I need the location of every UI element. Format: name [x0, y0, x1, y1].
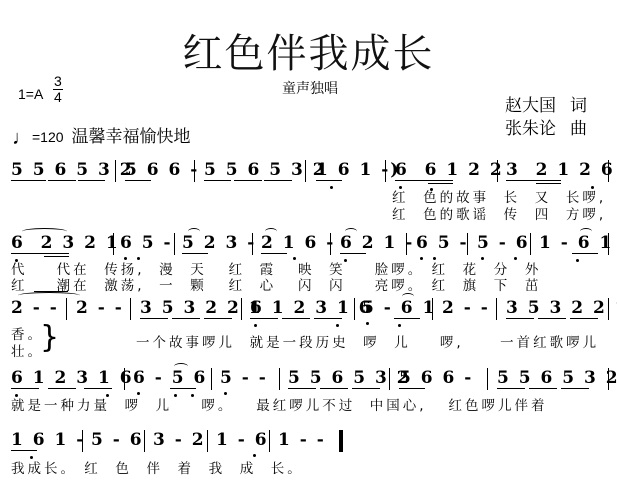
barline: [252, 233, 253, 255]
verse-brace: }: [40, 320, 59, 355]
beam-line: [340, 253, 366, 254]
low-octave-dot: [254, 324, 257, 327]
lyric-line: 红 色的歌谣 传 四 方啰,: [392, 203, 606, 223]
barline: [115, 160, 116, 182]
beam-line: [572, 253, 598, 254]
beam-line: [140, 318, 168, 319]
beam-line: [170, 388, 196, 389]
measure: 6 5 -: [416, 233, 469, 253]
barline: [496, 298, 497, 320]
beam-line: [204, 180, 231, 181]
barline: [207, 430, 208, 452]
barline: [66, 298, 67, 320]
measure: 6 2 1 -: [340, 233, 414, 253]
measure: 3 5 3 2 2 1: [140, 298, 263, 318]
barline: [279, 368, 280, 390]
barline: [124, 368, 125, 390]
beam-line: [48, 180, 76, 181]
beam-line: [264, 180, 292, 181]
measure: 5 - 6 1: [362, 298, 436, 318]
barline: [194, 160, 195, 182]
final-barline: [339, 430, 343, 452]
barline: [406, 233, 407, 255]
measure: 6 6 1 2 2: [395, 160, 504, 180]
time-numerator: 3: [53, 74, 63, 90]
beam-line: [125, 180, 151, 181]
beam-line: [11, 450, 37, 451]
barline: [432, 298, 433, 320]
barline: [305, 160, 306, 182]
measure: 5 5 6 5 3 2: [497, 368, 617, 388]
barline: [241, 298, 242, 320]
barline: [174, 233, 175, 255]
measure: 5 - -: [220, 368, 268, 388]
barline: [354, 298, 355, 320]
staff-row-5: 1 6 1 - 5 - 6 3 - 2 1 - 6 1 - -: [0, 430, 617, 460]
lyric-line: 一个故事啰儿 就是一段历史 啰 儿 啰, 一首红歌啰儿: [136, 331, 599, 351]
beam-line: [536, 183, 561, 184]
time-denominator: 4: [53, 90, 63, 105]
barline: [530, 233, 531, 255]
measure: 3 - 2: [153, 430, 206, 450]
measure: 5 6 6 -: [399, 368, 473, 388]
measure: 6 2 3 2 1: [11, 233, 120, 253]
measure: 5 5 6 5 3 2: [288, 368, 411, 388]
beam-line: [288, 388, 316, 389]
measure: 5 2 3 -: [182, 233, 256, 253]
measure: 6 1 2 3 1 6: [11, 368, 134, 388]
beam-line: [320, 388, 348, 389]
measure: 1 - 6: [216, 430, 269, 450]
barline: [608, 368, 609, 390]
beam-line: [506, 318, 534, 319]
measure: 2 1 6 -: [261, 233, 335, 253]
staff-row-3: 2 - - 2 - - 3 5 3 2 2 1 6 1 2 3 1 6 5 - …: [0, 298, 617, 328]
beam-line: [428, 183, 453, 184]
barline: [487, 368, 488, 390]
lyricist-role: 词: [570, 96, 587, 116]
beam-line: [84, 388, 112, 389]
measure: 1 6 1 -): [316, 160, 400, 180]
lyric-line: 我成长。 红 色 伴 着 我 成 长。: [11, 457, 304, 477]
beam-line: [48, 388, 76, 389]
barline: [467, 233, 468, 255]
beam-line: [44, 256, 69, 257]
beam-line: [352, 388, 380, 389]
beam-line: [172, 318, 200, 319]
tempo-value: =120: [32, 129, 64, 145]
low-octave-dot: [330, 186, 333, 189]
measure: 5 6 6 -: [125, 160, 199, 180]
beam-line: [399, 388, 425, 389]
measure: 2 - -: [11, 298, 59, 318]
measure: 5 - 6: [91, 430, 144, 450]
performance-type: 童声独唱: [282, 78, 338, 98]
barline: [608, 298, 609, 320]
barline: [130, 298, 131, 320]
beam-line: [314, 318, 342, 319]
barline: [608, 160, 609, 182]
measure: 5 - 6: [477, 233, 530, 253]
quarter-note-icon: ♩: [12, 127, 32, 149]
barline: [330, 233, 331, 255]
beam-line: [204, 318, 232, 319]
barline: [82, 430, 83, 452]
measure: 2 - -: [442, 298, 490, 318]
measure: 1 6 1 -: [11, 430, 85, 450]
song-title: 红色伴我成长: [0, 22, 617, 79]
lyricist-name: 赵大国: [505, 96, 556, 116]
lyric-line: 红 潮在 激荡, 一 颗 红 心 闪 闪 亮啰。 红 旗 下 茁: [11, 274, 541, 294]
credits: 赵大国词 张朱论曲: [505, 95, 587, 141]
beam-line: [538, 318, 566, 319]
time-signature: 3 4: [53, 74, 63, 105]
beam-line: [11, 253, 69, 254]
tempo-marking: ♩=120温馨幸福愉快地: [12, 122, 191, 150]
beam-line: [234, 180, 262, 181]
measure: 5 5 6 5 3 2: [204, 160, 327, 180]
low-octave-dot: [576, 259, 579, 262]
beam-line: [11, 388, 39, 389]
beam-line: [529, 388, 557, 389]
measure: 6 5 -: [120, 233, 173, 253]
barline: [608, 233, 609, 255]
measure: 1 - 6 1: [539, 233, 613, 253]
low-octave-dot: [366, 322, 369, 325]
beam-line: [261, 253, 287, 254]
low-octave-dot: [336, 324, 339, 327]
barline: [113, 233, 114, 255]
beam-line: [182, 253, 208, 254]
beam-line: [250, 318, 278, 319]
measure: 2 - -: [76, 298, 124, 318]
measure: 3 5 3 2 2 1: [506, 298, 617, 318]
measure: 3 2 1 2 6: [506, 160, 615, 180]
measure: 1 - -: [278, 430, 326, 450]
barline: [497, 160, 498, 182]
barline: [385, 160, 386, 182]
measure: 6 - 5 6: [133, 368, 207, 388]
lyric-line: 就是一种力量 啰 儿 啰。 最红啰儿不过 中国心, 红色啰儿伴着: [11, 394, 547, 414]
beam-line: [506, 180, 561, 181]
composer-credit: 张朱论曲: [505, 118, 587, 141]
key-signature: 1=A: [18, 86, 43, 102]
barline: [211, 368, 212, 390]
beam-line: [394, 318, 420, 319]
beam-line: [316, 180, 342, 181]
low-octave-dot: [398, 324, 401, 327]
beam-line: [561, 388, 589, 389]
mood-marking: 温馨幸福愉快地: [72, 127, 191, 147]
composer-name: 张朱论: [505, 119, 556, 139]
barline: [389, 368, 390, 390]
beam-line: [78, 180, 105, 181]
lyricist-credit: 赵大国词: [505, 95, 587, 118]
beam-line: [497, 388, 525, 389]
barline: [269, 430, 270, 452]
beam-line: [11, 180, 46, 181]
beam-line: [282, 318, 310, 319]
composer-role: 曲: [570, 119, 587, 139]
barline: [144, 430, 145, 452]
beam-line: [570, 318, 598, 319]
beam-line: [395, 180, 453, 181]
